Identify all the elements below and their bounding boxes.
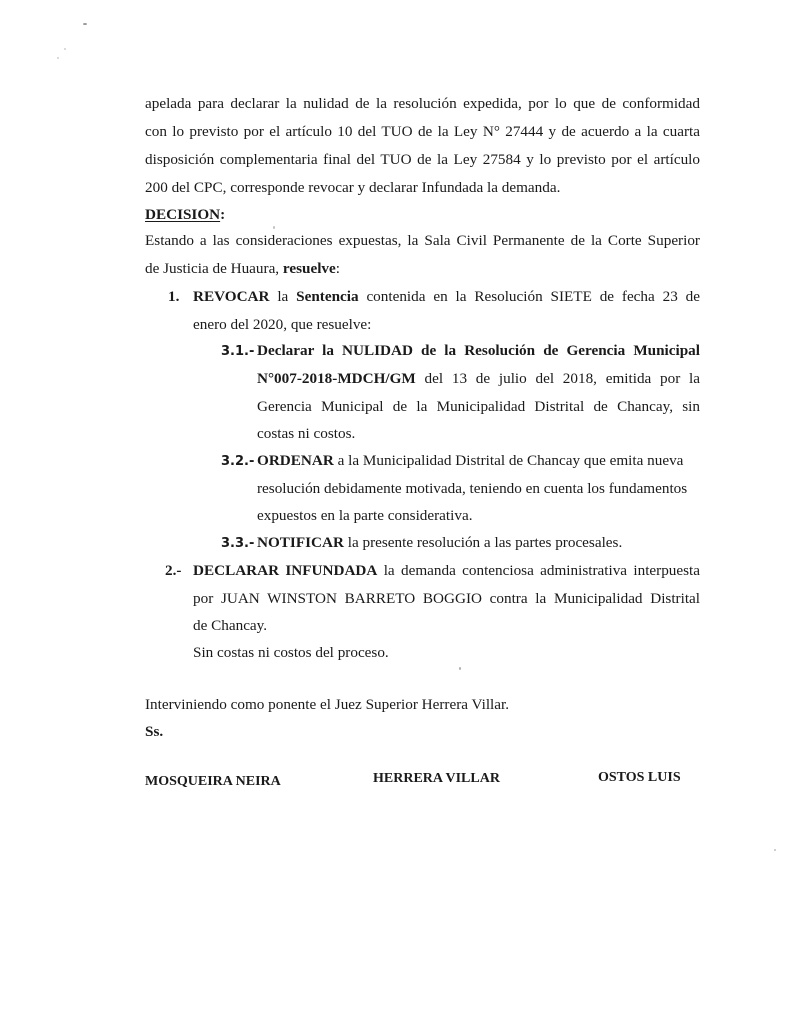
item-1-text: la — [269, 288, 296, 305]
item-1-line: REVOCAR la Sentencia contenida en la Res… — [193, 287, 700, 307]
ordenar-label: ORDENAR — [257, 452, 334, 469]
scan-speck — [774, 849, 776, 851]
declarar-infundada-label: DECLARAR INFUNDADA — [193, 562, 377, 579]
decision-colon: : — [336, 260, 340, 277]
scan-speck — [83, 23, 87, 25]
sub-item-3-1-line: Gerencia Municipal de la Municipalidad D… — [257, 397, 700, 417]
intro-line: disposición complementaria final del TUO… — [145, 150, 700, 170]
notificar-label: NOTIFICAR — [257, 534, 344, 551]
sub-item-3-3-text: la presente resolución a las partes proc… — [344, 534, 622, 551]
item-2-line: de Chancay. — [193, 616, 267, 636]
item-2-line: DECLARAR INFUNDADA la demanda contencios… — [193, 561, 700, 581]
item-2-line: por JUAN WINSTON BARRETO BOGGIO contra l… — [193, 589, 700, 609]
decision-heading-text: DECISION — [145, 206, 220, 223]
scan-speck — [64, 48, 66, 50]
item-1-revocar: REVOCAR — [193, 288, 269, 305]
sub-item-3-1-line: N°007-2018-MDCH/GM del 13 de julio del 2… — [257, 369, 700, 389]
sub-item-3-3-number: 3.3.- — [221, 534, 254, 554]
ss-label: Ss. — [145, 722, 163, 742]
intro-line: 200 del CPC, corresponde revocar y decla… — [145, 178, 560, 198]
item-1-number-text: 1. — [168, 288, 179, 305]
sub-item-3-2-text: a la Municipalidad Distrital de Chancay … — [334, 452, 684, 469]
decision-prefix: de Justicia de Huaura, — [145, 260, 283, 277]
document-page: apelada para declarar la nulidad de la r… — [0, 0, 792, 1024]
signature-ostos-luis: OSTOS LUIS — [598, 768, 681, 788]
item-1-text: contenida en la Resolución SIETE de fech… — [359, 288, 700, 305]
ponente-line: Interviniendo como ponente el Juez Super… — [145, 695, 509, 715]
decision-resuelve: resuelve — [283, 260, 336, 277]
sub-item-3-2-line: expuestos en la parte considerativa. — [257, 506, 473, 526]
sub-item-3-2-line: ORDENAR a la Municipalidad Distrital de … — [257, 451, 683, 471]
signature-mosqueira-neira: MOSQUEIRA NEIRA — [145, 772, 281, 792]
sub-item-3-2-number: 3.2.- — [221, 452, 254, 472]
scan-speck — [459, 667, 461, 670]
decision-line: Estando a las consideraciones expuestas,… — [145, 231, 700, 251]
item-1-line: enero del 2020, que resuelve: — [193, 315, 371, 335]
sub-item-3-1-line: Declarar la NULIDAD de la Resolución de … — [257, 341, 700, 361]
sub-item-3-1-text: del 13 de julio del 2018, emitida por la — [425, 370, 700, 387]
sub-item-3-2-line: resolución debidamente motivada, teniend… — [257, 479, 687, 499]
item-2-number: 2.- — [165, 561, 181, 581]
intro-line: apelada para declarar la nulidad de la r… — [145, 94, 700, 114]
item-2-number-text: 2.- — [165, 562, 181, 579]
signature-herrera-villar: HERRERA VILLAR — [373, 769, 500, 789]
sub-item-3-3-line: NOTIFICAR la presente resolución a las p… — [257, 533, 622, 553]
intro-line: con lo previsto por el artículo 10 del T… — [145, 122, 700, 142]
scan-speck — [57, 57, 59, 59]
resolution-reference: N°007-2018-MDCH/GM — [257, 370, 416, 387]
sub-item-3-1-line: costas ni costos. — [257, 424, 355, 444]
sub-item-3-1-number: 3.1.- — [221, 342, 254, 362]
item-1-number: 1. — [168, 287, 179, 307]
item-2-line: Sin costas ni costos del proceso. — [193, 643, 389, 663]
item-1-sentencia: Sentencia — [296, 288, 358, 305]
decision-heading: DECISION: — [145, 205, 225, 225]
decision-line: de Justicia de Huaura, resuelve: — [145, 259, 340, 279]
scan-speck — [273, 226, 275, 229]
item-2-text: la demanda contenciosa administrativa in… — [377, 562, 700, 579]
decision-heading-colon: : — [220, 206, 225, 223]
